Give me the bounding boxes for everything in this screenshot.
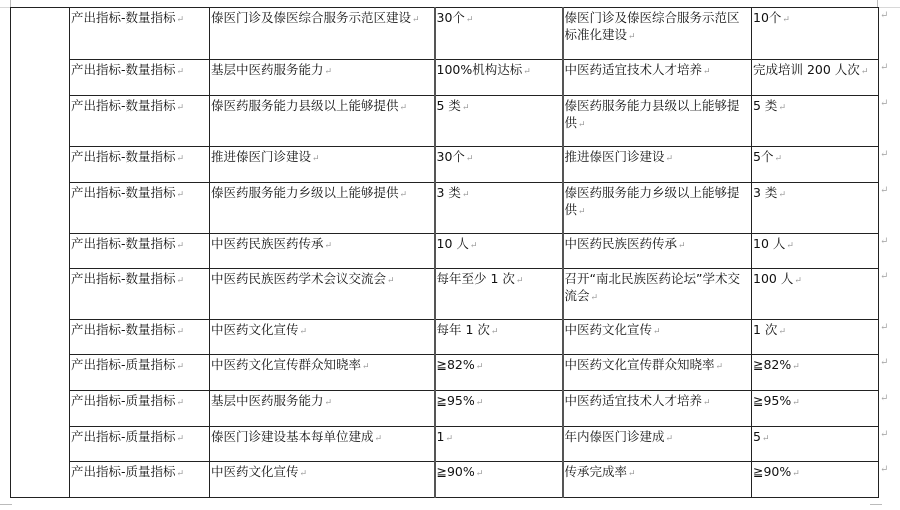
paragraph-mark-icon: ↵ (400, 190, 408, 200)
sub-value-cell[interactable]: 100 人↵ (752, 269, 879, 320)
cell-text: 5个 (753, 149, 773, 164)
sub-value-cell[interactable]: ≧90%↵ (752, 462, 879, 498)
cell-text: 中医药文化宣传 (211, 464, 299, 479)
cell-text: 每年 1 次 (437, 322, 490, 337)
sub-item-cell[interactable]: 中医药适宜技术人才培养↵ (563, 391, 752, 427)
sub-item-cell[interactable]: 推进傣医门诊建设↵ (563, 147, 752, 183)
cell-text: 产出指标-质量指标 (71, 464, 176, 479)
target-value-cell[interactable]: 1↵ (435, 427, 563, 462)
target-value-cell[interactable]: 30个↵ (435, 8, 563, 60)
paragraph-mark-icon: ↵ (300, 469, 308, 479)
paragraph-mark-icon: ↵ (445, 434, 453, 444)
cell-text: 10 人 (437, 236, 469, 251)
target-value-cell[interactable]: 每年 1 次↵ (435, 320, 563, 355)
cell-text: 中医药民族医药学术会议交流会 (211, 271, 386, 286)
row-end-mark-icon: ↵ (880, 10, 888, 21)
item-cell[interactable]: 基层中医药服务能力↵ (210, 60, 435, 96)
item-cell[interactable]: 中医药文化宣传↵ (210, 320, 435, 355)
paragraph-mark-icon: ↵ (177, 434, 185, 444)
paragraph-mark-icon: ↵ (792, 469, 800, 479)
paragraph-mark-icon: ↵ (794, 276, 802, 286)
table-row: 产出指标-质量指标↵傣医门诊建设基本每单位建成↵1↵年内傣医门诊建成↵5↵ (11, 427, 879, 462)
paragraph-mark-icon: ↵ (300, 327, 308, 337)
target-value-cell[interactable]: 3 类↵ (435, 183, 563, 234)
paragraph-mark-icon: ↵ (861, 67, 869, 77)
sub-item-cell[interactable]: 中医药文化宣传群众知晓率↵ (563, 355, 752, 391)
paragraph-mark-icon: ↵ (177, 103, 185, 113)
cell-text: 产出指标-数量指标 (71, 10, 176, 25)
paragraph-mark-icon: ↵ (177, 154, 185, 164)
cell-text: 1 (437, 429, 445, 444)
item-cell[interactable]: 傣医药服务能力乡级以上能够提供↵ (210, 183, 435, 234)
table-row: 产出指标-数量指标↵推进傣医门诊建设↵30个↵推进傣医门诊建设↵5个↵ (11, 147, 879, 183)
cell-text: ≧82% (753, 357, 791, 372)
paragraph-mark-icon: ↵ (578, 120, 586, 130)
cell-text: 傣医药服务能力乡级以上能够提供 (565, 185, 740, 217)
item-cell[interactable]: 中医药文化宣传群众知晓率↵ (210, 355, 435, 391)
paragraph-mark-icon: ↵ (177, 15, 185, 25)
paragraph-mark-icon: ↵ (774, 154, 782, 164)
cell-text: 中医药文化宣传群众知晓率 (211, 357, 361, 372)
paragraph-mark-icon: ↵ (177, 241, 185, 251)
paragraph-mark-icon: ↵ (778, 327, 786, 337)
paragraph-mark-icon: ↵ (476, 469, 484, 479)
cell-text: ≧95% (753, 393, 791, 408)
paragraph-mark-icon: ↵ (400, 103, 408, 113)
item-cell[interactable]: 基层中医药服务能力↵ (210, 391, 435, 427)
indicator-cell[interactable]: 产出指标-数量指标↵ (70, 183, 210, 234)
cell-text: 1 次 (753, 322, 777, 337)
paragraph-mark-icon: ↵ (792, 362, 800, 372)
paragraph-mark-icon: ↵ (778, 190, 786, 200)
paragraph-mark-icon: ↵ (792, 398, 800, 408)
cell-text: 基层中医药服务能力 (211, 62, 324, 77)
paragraph-mark-icon: ↵ (362, 362, 370, 372)
paragraph-mark-icon: ↵ (476, 398, 484, 408)
paragraph-mark-icon: ↵ (462, 103, 470, 113)
row-end-mark-icon: ↵ (880, 464, 888, 475)
indicator-cell[interactable]: 产出指标-数量指标↵ (70, 60, 210, 96)
paragraph-mark-icon: ↵ (516, 276, 524, 286)
cell-text: 产出指标-数量指标 (71, 98, 176, 113)
paragraph-mark-icon: ↵ (703, 67, 711, 77)
cell-text: 傣医门诊及傣医综合服务示范区标准化建设 (565, 10, 740, 42)
target-value-cell[interactable]: 30个↵ (435, 147, 563, 183)
paragraph-mark-icon: ↵ (470, 241, 478, 251)
cell-text: ≧90% (753, 464, 791, 479)
sub-item-cell[interactable]: 中医药民族医药传承↵ (563, 234, 752, 269)
paragraph-mark-icon: ↵ (666, 434, 674, 444)
paragraph-mark-icon: ↵ (387, 276, 395, 286)
paragraph-mark-icon: ↵ (476, 362, 484, 372)
cell-text: 中医药民族医药传承 (565, 236, 678, 251)
cell-text: 10 人 (753, 236, 785, 251)
cell-text: ≧90% (437, 464, 475, 479)
cell-text: 中医药文化宣传 (211, 322, 299, 337)
indicator-table-body: 产出指标-数量指标↵傣医门诊及傣医综合服务示范区建设↵30个↵傣医门诊及傣医综合… (11, 8, 879, 498)
paragraph-mark-icon: ↵ (678, 241, 686, 251)
indicator-table: 产出指标-数量指标↵傣医门诊及傣医综合服务示范区建设↵30个↵傣医门诊及傣医综合… (10, 7, 879, 498)
paragraph-mark-icon: ↵ (412, 15, 420, 25)
row-end-mark-icon: ↵ (880, 185, 888, 196)
sub-item-cell[interactable]: 中医药适宜技术人才培养↵ (563, 60, 752, 96)
cell-text: 中医药民族医药传承 (211, 236, 324, 251)
paragraph-mark-icon: ↵ (466, 15, 474, 25)
cell-text: 产出指标-质量指标 (71, 429, 176, 444)
paragraph-mark-icon: ↵ (375, 434, 383, 444)
paragraph-mark-icon: ↵ (177, 398, 185, 408)
paragraph-mark-icon: ↵ (325, 241, 333, 251)
table-row: 产出指标-数量指标↵中医药民族医药学术会议交流会↵每年至少 1 次↵召开“南北民… (11, 269, 879, 320)
table-row: 产出指标-数量指标↵傣医药服务能力乡级以上能够提供↵3 类↵傣医药服务能力乡级以… (11, 183, 879, 234)
indicator-cell[interactable]: 产出指标-质量指标↵ (70, 391, 210, 427)
indicator-cell[interactable]: 产出指标-数量指标↵ (70, 96, 210, 147)
cell-text: 3 类 (753, 185, 777, 200)
target-value-cell[interactable]: 每年至少 1 次↵ (435, 269, 563, 320)
sub-value-cell[interactable]: ≧82%↵ (752, 355, 879, 391)
item-cell[interactable]: 傣医药服务能力县级以上能够提供↵ (210, 96, 435, 147)
sub-item-cell[interactable]: 傣医门诊及傣医综合服务示范区标准化建设↵ (563, 8, 752, 60)
row-end-mark-icon: ↵ (880, 357, 888, 368)
paragraph-mark-icon: ↵ (653, 327, 661, 337)
sub-item-cell[interactable]: 召开“南北民族医药论坛”学术交流会↵ (563, 269, 752, 320)
paragraph-mark-icon: ↵ (491, 327, 499, 337)
paragraph-mark-icon: ↵ (325, 67, 333, 77)
indicator-cell[interactable]: 产出指标-数量指标↵ (70, 8, 210, 60)
cell-text: 中医药文化宣传 (565, 322, 653, 337)
paragraph-mark-icon: ↵ (703, 398, 711, 408)
indicator-cell[interactable]: 产出指标-质量指标↵ (70, 427, 210, 462)
margin-corner-right (870, 504, 882, 505)
paragraph-mark-icon: ↵ (591, 293, 599, 303)
cell-text: 推进傣医门诊建设 (565, 149, 665, 164)
indicator-cell[interactable]: 产出指标-数量指标↵ (70, 147, 210, 183)
paragraph-mark-icon: ↵ (177, 67, 185, 77)
cell-text: 5 类 (437, 98, 461, 113)
cell-text: 中医药适宜技术人才培养 (565, 62, 703, 77)
item-cell[interactable]: 推进傣医门诊建设↵ (210, 147, 435, 183)
cell-text: 30个 (437, 10, 465, 25)
row-end-mark-icon: ↵ (880, 429, 888, 440)
cell-text: 年内傣医门诊建成 (565, 429, 665, 444)
paragraph-mark-icon: ↵ (716, 362, 724, 372)
sub-value-cell[interactable]: 完成培训 200 人次↵ (752, 60, 879, 96)
indicator-cell[interactable]: 产出指标-数量指标↵ (70, 320, 210, 355)
cell-text: 5 (753, 429, 761, 444)
sub-item-cell[interactable]: 傣医药服务能力乡级以上能够提供↵ (563, 183, 752, 234)
target-value-cell[interactable]: 10 人↵ (435, 234, 563, 269)
table-row: 产出指标-数量指标↵中医药文化宣传↵每年 1 次↵中医药文化宣传↵1 次↵ (11, 320, 879, 355)
paragraph-mark-icon: ↵ (786, 241, 794, 251)
target-value-cell[interactable]: ≧90%↵ (435, 462, 563, 498)
row-end-mark-icon: ↵ (880, 149, 888, 160)
row-end-mark-icon: ↵ (880, 271, 888, 282)
merged-category-cell[interactable] (11, 8, 70, 498)
cell-text: 产出指标-质量指标 (71, 357, 176, 372)
cell-text: 傣医门诊及傣医综合服务示范区建设 (211, 10, 411, 25)
sub-value-cell[interactable]: 1 次↵ (752, 320, 879, 355)
row-end-mark-icon: ↵ (880, 393, 888, 404)
target-value-cell[interactable]: 100%机构达标↵ (435, 60, 563, 96)
target-value-cell[interactable]: 5 类↵ (435, 96, 563, 147)
cell-text: 100 人 (753, 271, 793, 286)
paragraph-mark-icon: ↵ (762, 434, 770, 444)
cell-text: 中医药文化宣传群众知晓率 (565, 357, 715, 372)
paragraph-mark-icon: ↵ (778, 103, 786, 113)
table-row: 产出指标-数量指标↵中医药民族医药传承↵10 人↵中医药民族医药传承↵10 人↵ (11, 234, 879, 269)
cell-text: 产出指标-质量指标 (71, 393, 176, 408)
sub-value-cell[interactable]: 5 类↵ (752, 96, 879, 147)
sub-item-cell[interactable]: 年内傣医门诊建成↵ (563, 427, 752, 462)
cell-text: 中医药适宜技术人才培养 (565, 393, 703, 408)
paragraph-mark-icon: ↵ (462, 190, 470, 200)
paragraph-mark-icon: ↵ (628, 469, 636, 479)
cell-text: 傣医药服务能力县级以上能够提供 (211, 98, 399, 113)
table-row: 产出指标-质量指标↵中医药文化宣传↵≧90%↵传承完成率↵≧90%↵ (11, 462, 879, 498)
sub-value-cell[interactable]: 5↵ (752, 427, 879, 462)
cell-text: 传承完成率 (565, 464, 628, 479)
cell-text: 产出指标-数量指标 (71, 322, 176, 337)
paragraph-mark-icon: ↵ (523, 67, 531, 77)
sub-value-cell[interactable]: ≧95%↵ (752, 391, 879, 427)
paragraph-mark-icon: ↵ (578, 207, 586, 217)
sub-item-cell[interactable]: 传承完成率↵ (563, 462, 752, 498)
paragraph-mark-icon: ↵ (628, 32, 636, 42)
table-row: 产出指标-质量指标↵中医药文化宣传群众知晓率↵≧82%↵中医药文化宣传群众知晓率… (11, 355, 879, 391)
cell-text: 傣医药服务能力县级以上能够提供 (565, 98, 740, 130)
cell-text: 推进傣医门诊建设 (211, 149, 311, 164)
indicator-cell[interactable]: 产出指标-数量指标↵ (70, 269, 210, 320)
cell-text: ≧95% (437, 393, 475, 408)
paragraph-mark-icon: ↵ (782, 15, 790, 25)
table-row: 产出指标-数量指标↵傣医药服务能力县级以上能够提供↵5 类↵傣医药服务能力县级以… (11, 96, 879, 147)
cell-text: 基层中医药服务能力 (211, 393, 324, 408)
margin-corner-left (0, 504, 12, 505)
sub-item-cell[interactable]: 傣医药服务能力县级以上能够提供↵ (563, 96, 752, 147)
cell-text: 产出指标-数量指标 (71, 62, 176, 77)
target-value-cell[interactable]: ≧95%↵ (435, 391, 563, 427)
paragraph-mark-icon: ↵ (177, 469, 185, 479)
row-end-mark-icon: ↵ (880, 236, 888, 247)
cell-text: 产出指标-数量指标 (71, 185, 176, 200)
cell-text: 3 类 (437, 185, 461, 200)
item-cell[interactable]: 中医药文化宣传↵ (210, 462, 435, 498)
sub-item-cell[interactable]: 中医药文化宣传↵ (563, 320, 752, 355)
table-row: 产出指标-数量指标↵基层中医药服务能力↵100%机构达标↵中医药适宜技术人才培养… (11, 60, 879, 96)
paragraph-mark-icon: ↵ (666, 154, 674, 164)
sub-value-cell[interactable]: 10个↵ (752, 8, 879, 60)
item-cell[interactable]: 傣医门诊建设基本每单位建成↵ (210, 427, 435, 462)
paragraph-mark-icon: ↵ (177, 362, 185, 372)
indicator-cell[interactable]: 产出指标-质量指标↵ (70, 355, 210, 391)
paragraph-mark-icon: ↵ (325, 398, 333, 408)
item-cell[interactable]: 中医药民族医药传承↵ (210, 234, 435, 269)
table-row: 产出指标-质量指标↵基层中医药服务能力↵≧95%↵中医药适宜技术人才培养↵≧95… (11, 391, 879, 427)
cell-text: 产出指标-数量指标 (71, 236, 176, 251)
paragraph-mark-icon: ↵ (177, 327, 185, 337)
cell-text: 每年至少 1 次 (437, 271, 515, 286)
cell-text: 完成培训 200 人次 (753, 62, 860, 77)
cell-text: ≧82% (437, 357, 475, 372)
paragraph-mark-icon: ↵ (312, 154, 320, 164)
item-cell[interactable]: 中医药民族医药学术会议交流会↵ (210, 269, 435, 320)
cell-text: 产出指标-数量指标 (71, 271, 176, 286)
cell-text: 产出指标-数量指标 (71, 149, 176, 164)
item-cell[interactable]: 傣医门诊及傣医综合服务示范区建设↵ (210, 8, 435, 60)
cell-text: 傣医门诊建设基本每单位建成 (211, 429, 374, 444)
cell-text: 30个 (437, 149, 465, 164)
paragraph-mark-icon: ↵ (466, 154, 474, 164)
cell-text: 10个 (753, 10, 781, 25)
indicator-cell[interactable]: 产出指标-数量指标↵ (70, 234, 210, 269)
row-end-mark-icon: ↵ (880, 98, 888, 109)
paragraph-mark-icon: ↵ (177, 190, 185, 200)
sub-value-cell[interactable]: 3 类↵ (752, 183, 879, 234)
row-end-mark-icon: ↵ (880, 322, 888, 333)
paragraph-mark-icon: ↵ (177, 276, 185, 286)
table-row: 产出指标-数量指标↵傣医门诊及傣医综合服务示范区建设↵30个↵傣医门诊及傣医综合… (11, 8, 879, 60)
row-end-mark-icon: ↵ (880, 62, 888, 73)
cell-text: 傣医药服务能力乡级以上能够提供 (211, 185, 399, 200)
target-value-cell[interactable]: ≧82%↵ (435, 355, 563, 391)
cell-text: 100%机构达标 (437, 62, 523, 77)
sub-value-cell[interactable]: 10 人↵ (752, 234, 879, 269)
sub-value-cell[interactable]: 5个↵ (752, 147, 879, 183)
indicator-cell[interactable]: 产出指标-质量指标↵ (70, 462, 210, 498)
cell-text: 5 类 (753, 98, 777, 113)
